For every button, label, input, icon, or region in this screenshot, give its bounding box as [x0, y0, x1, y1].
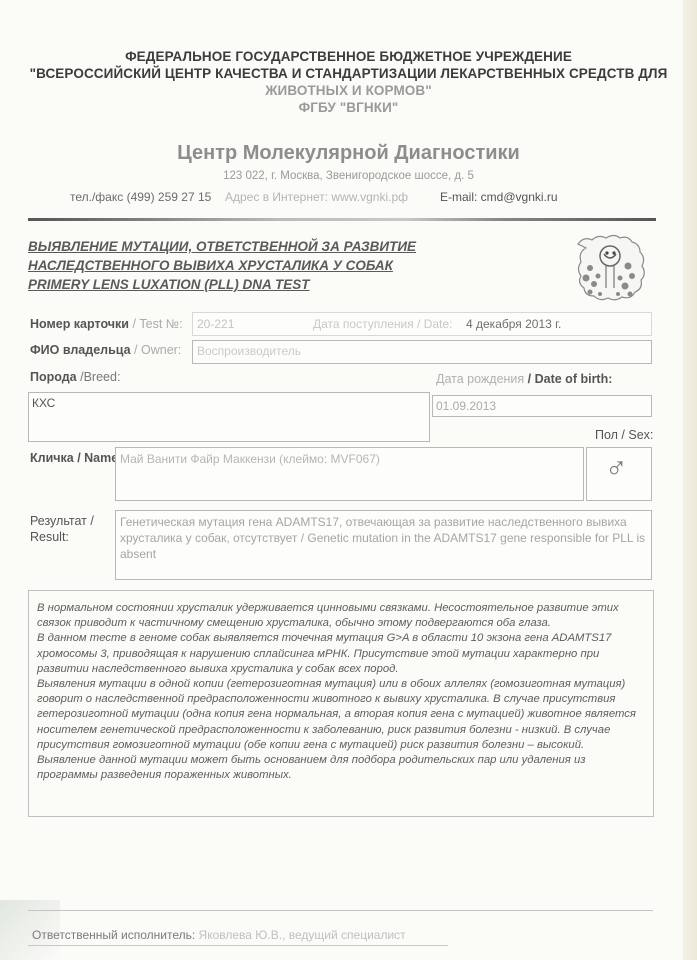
date-value: 4 декабря 2013 г.	[466, 317, 561, 331]
responsible-person: Ответственный исполнитель: Яковлева Ю.В.…	[32, 928, 406, 942]
test-number-value: 20-221	[197, 317, 234, 331]
note-paragraph-3: Выявления мутации в одной копии (гетероз…	[29, 677, 653, 753]
breed-field	[28, 392, 430, 442]
result-label: Результат / Result:	[30, 513, 94, 545]
dog-dna-logo-icon	[570, 232, 650, 307]
male-symbol-icon: ♂	[605, 452, 628, 486]
center-name: Центр Молекулярной Диагностики	[0, 142, 697, 165]
dob-value: 01.09.2013	[436, 399, 496, 413]
test-description-box: В нормальном состоянии хрусталик удержив…	[28, 590, 654, 817]
phone: тел./факс (499) 259 27 15	[70, 190, 211, 204]
note-paragraph-2: В данном тесте в геноме собак выявляется…	[29, 631, 653, 677]
header-divider	[28, 218, 656, 221]
breed-label: Порода /Breed:	[30, 370, 120, 384]
name-label: Кличка / Name:	[30, 451, 122, 465]
result-value: Генетическая мутация гена ADAMTS17, отве…	[120, 514, 648, 562]
dob-label: Дата рождения / Date of birth:	[436, 372, 612, 386]
signature-line	[28, 910, 653, 911]
organization-header: ФЕДЕРАЛЬНОЕ ГОСУДАРСТВЕННОЕ БЮДЖЕТНОЕ УЧ…	[0, 48, 697, 116]
sex-label: Пол / Sex:	[595, 428, 653, 442]
test-number-label: Номер карточки / Test №:	[30, 317, 183, 331]
address: 123 022, г. Москва, Звенигородское шоссе…	[0, 170, 697, 182]
test-title-line-3: PRIMERY LENS LUXATION (PLL) DNA TEST	[28, 275, 416, 294]
name-value: Май Ванити Файр Маккензи (клеймо: MVF067…	[120, 452, 380, 466]
org-short-name: ФГБУ "ВГНКИ"	[0, 99, 697, 116]
owner-label: ФИО владельца / Owner:	[30, 343, 181, 357]
signature-underline	[28, 945, 448, 946]
test-title-line-1: ВЫЯВЛЕНИЕ МУТАЦИИ, ОТВЕТСТВЕННОЙ ЗА РАЗВ…	[28, 237, 416, 256]
date-label: Дата поступления / Date:	[313, 317, 452, 331]
note-paragraph-1: В нормальном состоянии хрусталик удержив…	[29, 591, 653, 631]
test-title-line-2: НАСЛЕДСТВЕННОГО ВЫВИХА ХРУСТАЛИКА У СОБА…	[28, 256, 416, 275]
email: E-mail: cmd@vgnki.ru	[440, 190, 558, 204]
org-line-3: ЖИВОТНЫХ И КОРМОВ"	[0, 82, 697, 99]
org-line-1: ФЕДЕРАЛЬНОЕ ГОСУДАРСТВЕННОЕ БЮДЖЕТНОЕ УЧ…	[0, 48, 697, 65]
note-paragraph-4: Выявление данной мутации может быть осно…	[29, 753, 653, 783]
breed-value: КХС	[32, 396, 55, 410]
owner-value: Воспроизводитель	[197, 344, 301, 358]
website: Адрес в Интернет: www.vgnki.рф	[225, 190, 408, 204]
org-line-2: "ВСЕРОССИЙСКИЙ ЦЕНТР КАЧЕСТВА И СТАНДАРТ…	[0, 65, 697, 82]
test-title: ВЫЯВЛЕНИЕ МУТАЦИИ, ОТВЕТСТВЕННОЙ ЗА РАЗВ…	[28, 237, 416, 294]
